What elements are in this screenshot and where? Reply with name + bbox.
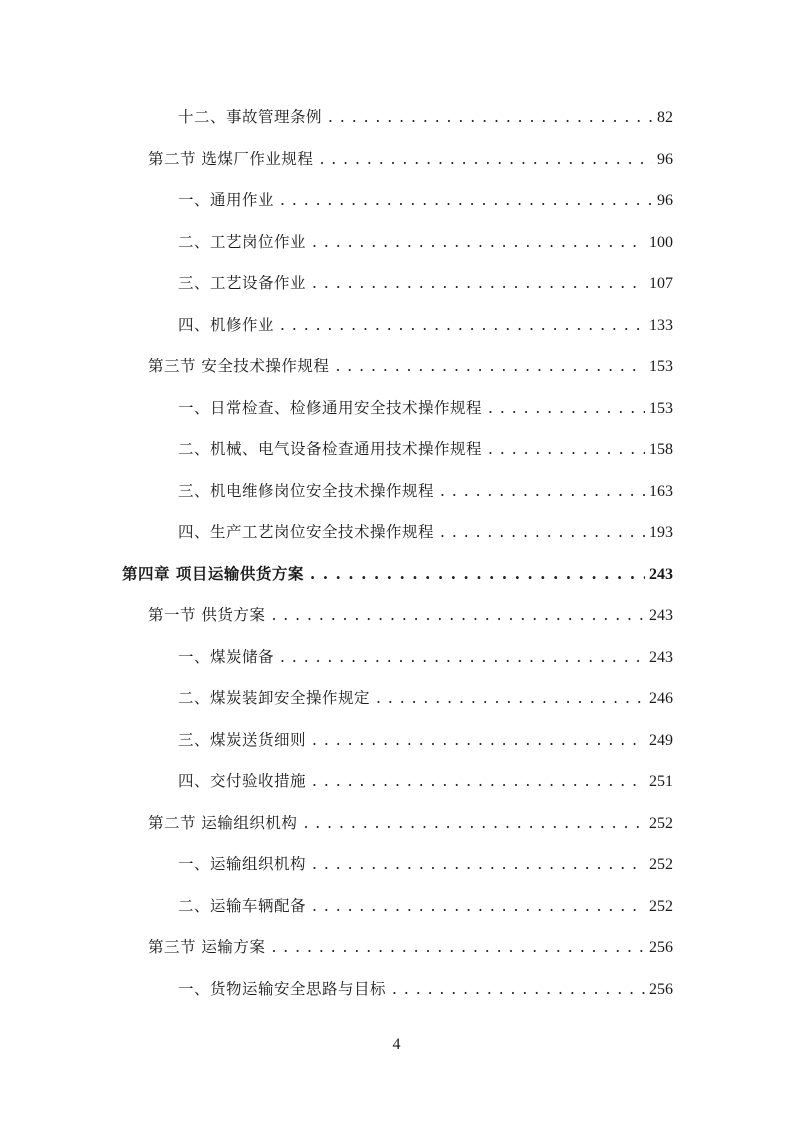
toc-entry[interactable]: 三、煤炭送货细则 249 xyxy=(178,728,673,752)
toc-entry-title: 一、煤炭储备 xyxy=(178,645,274,669)
dot-leader xyxy=(335,354,645,378)
toc-entry-title: 第三节 安全技术操作规程 xyxy=(148,354,329,378)
toc-entry-page: 251 xyxy=(649,770,673,793)
dot-leader xyxy=(392,977,645,1001)
toc-entry-page: 252 xyxy=(649,812,673,835)
page-number: 4 xyxy=(0,1036,793,1054)
toc-entry-title: 第三节 运输方案 xyxy=(148,935,265,959)
toc-entry-title: 第四章 项目运输供货方案 xyxy=(122,562,304,586)
toc-entry-title: 一、日常检查、检修通用安全技术操作规程 xyxy=(178,396,482,420)
toc-entry[interactable]: 一、运输组织机构 252 xyxy=(178,852,673,876)
toc-entry[interactable]: 二、煤炭装卸安全操作规定 246 xyxy=(178,686,673,710)
toc-entry[interactable]: 二、工艺岗位作业 100 xyxy=(178,230,673,254)
toc-entry[interactable]: 四、机修作业 133 xyxy=(178,313,673,337)
toc-entry-page: 153 xyxy=(649,397,673,420)
dot-leader xyxy=(271,935,645,959)
toc-entry-title: 四、机修作业 xyxy=(178,313,274,337)
toc-entry[interactable]: 二、运输车辆配备 252 xyxy=(178,894,673,918)
toc-entry[interactable]: 一、通用作业 96 xyxy=(178,188,673,212)
toc-entry-title: 三、工艺设备作业 xyxy=(178,271,306,295)
dot-leader xyxy=(488,396,645,420)
toc-entry[interactable]: 十二、事故管理条例 82 xyxy=(178,105,673,129)
toc-entry-title: 一、货物运输安全思路与目标 xyxy=(178,977,386,1001)
dot-leader xyxy=(488,437,645,461)
toc-entry-title: 十二、事故管理条例 xyxy=(178,105,322,129)
toc-entry[interactable]: 一、日常检查、检修通用安全技术操作规程 153 xyxy=(178,396,673,420)
dot-leader xyxy=(376,686,645,710)
toc-entry[interactable]: 一、煤炭储备 243 xyxy=(178,645,673,669)
toc-entry-title: 四、生产工艺岗位安全技术操作规程 xyxy=(178,520,434,544)
dot-leader xyxy=(280,188,653,212)
dot-leader xyxy=(440,520,645,544)
toc-entry-page: 256 xyxy=(649,978,673,1001)
toc-entry[interactable]: 第三节 安全技术操作规程 153 xyxy=(148,354,673,378)
dot-leader xyxy=(328,105,653,129)
toc-entry-title: 一、通用作业 xyxy=(178,188,274,212)
toc-entry[interactable]: 第一节 供货方案 243 xyxy=(148,603,673,627)
dot-leader xyxy=(312,728,645,752)
toc-entry-page: 193 xyxy=(649,521,673,544)
toc-entry-title: 第一节 供货方案 xyxy=(148,603,265,627)
dot-leader xyxy=(312,894,645,918)
toc-entry[interactable]: 四、生产工艺岗位安全技术操作规程 193 xyxy=(178,520,673,544)
toc-entry-title: 第二节 选煤厂作业规程 xyxy=(148,147,313,171)
toc-entry-title: 四、交付验收措施 xyxy=(178,769,306,793)
dot-leader xyxy=(280,645,645,669)
toc-entry[interactable]: 三、机电维修岗位安全技术操作规程 163 xyxy=(178,479,673,503)
dot-leader xyxy=(312,271,645,295)
toc-entry-page: 243 xyxy=(649,646,673,669)
toc-entry-title: 二、煤炭装卸安全操作规定 xyxy=(178,686,370,710)
toc-entry-page: 243 xyxy=(649,563,673,586)
toc-entry-page: 96 xyxy=(657,148,673,171)
toc-entry-page: 252 xyxy=(649,853,673,876)
toc-entry-page: 243 xyxy=(649,604,673,627)
dot-leader xyxy=(271,603,645,627)
toc-entry-page: 153 xyxy=(649,355,673,378)
toc-entry-page: 246 xyxy=(649,687,673,710)
toc-entry-title: 一、运输组织机构 xyxy=(178,852,306,876)
toc-entry[interactable]: 二、机械、电气设备检查通用技术操作规程 158 xyxy=(178,437,673,461)
toc-entry-page: 163 xyxy=(649,480,673,503)
toc-entry-page: 133 xyxy=(649,314,673,337)
dot-leader xyxy=(312,852,645,876)
toc-entry[interactable]: 四、交付验收措施 251 xyxy=(178,769,673,793)
toc-entry-page: 107 xyxy=(649,272,673,295)
dot-leader xyxy=(319,147,653,171)
toc-entry-page: 96 xyxy=(657,189,673,212)
toc-entry-title: 三、煤炭送货细则 xyxy=(178,728,306,752)
toc-entry[interactable]: 第三节 运输方案 256 xyxy=(148,935,673,959)
toc-entry-page: 252 xyxy=(649,895,673,918)
toc-entry-page: 100 xyxy=(649,231,673,254)
dot-leader xyxy=(310,562,645,586)
toc-entry-title: 二、运输车辆配备 xyxy=(178,894,306,918)
toc-entry[interactable]: 一、货物运输安全思路与目标 256 xyxy=(178,977,673,1001)
toc-entry-title: 二、机械、电气设备检查通用技术操作规程 xyxy=(178,437,482,461)
toc-entry[interactable]: 第二节 运输组织机构 252 xyxy=(148,811,673,835)
dot-leader xyxy=(280,313,645,337)
toc-entry[interactable]: 三、工艺设备作业 107 xyxy=(178,271,673,295)
dot-leader xyxy=(312,769,645,793)
toc-entry[interactable]: 第二节 选煤厂作业规程 96 xyxy=(148,147,673,171)
toc-entry-chapter[interactable]: 第四章 项目运输供货方案 243 xyxy=(122,562,673,586)
toc-entry-title: 第二节 运输组织机构 xyxy=(148,811,297,835)
toc-entry-page: 158 xyxy=(649,438,673,461)
toc-entry-page: 82 xyxy=(657,106,673,129)
dot-leader xyxy=(303,811,645,835)
dot-leader xyxy=(312,230,645,254)
toc-entry-title: 二、工艺岗位作业 xyxy=(178,230,306,254)
toc-entry-page: 249 xyxy=(649,729,673,752)
dot-leader xyxy=(440,479,645,503)
toc-entry-page: 256 xyxy=(649,936,673,959)
toc-entry-title: 三、机电维修岗位安全技术操作规程 xyxy=(178,479,434,503)
